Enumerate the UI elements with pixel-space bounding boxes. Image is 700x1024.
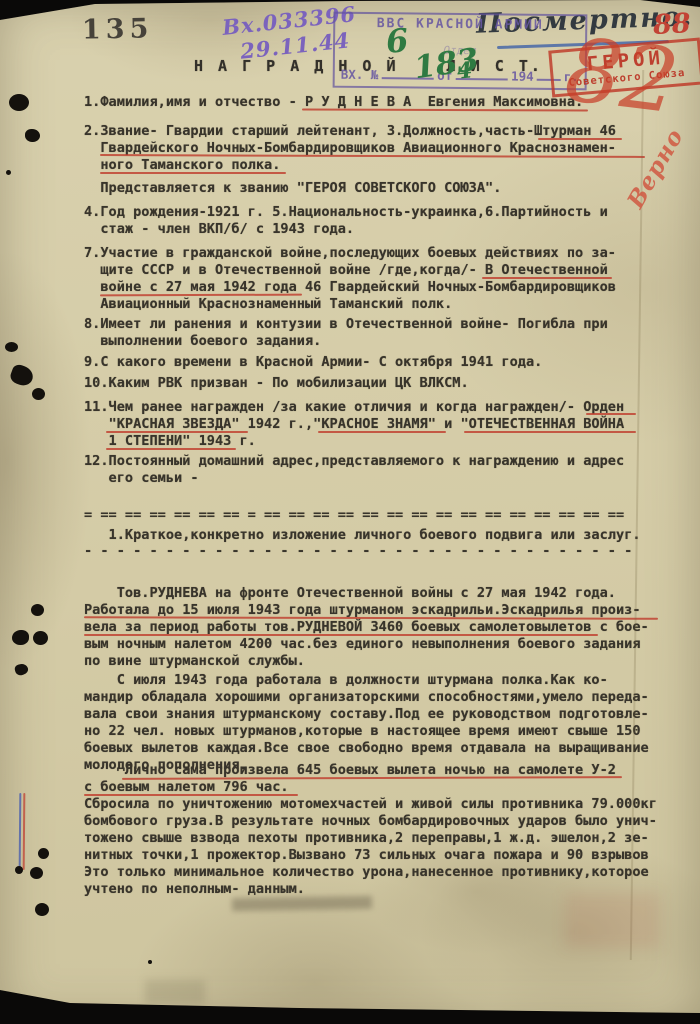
field-army-since: 9.С какого времени в Красной Армии- С ок…: [84, 354, 542, 371]
text-line: 2.Звание- Гвардии старший лейтенант, 3.Д…: [84, 123, 616, 140]
field-wounds: 8.Имеет ли ранения и контузии в Отечеств…: [84, 316, 608, 350]
verno-note: Верно: [622, 124, 689, 213]
pencil-smudge: [232, 896, 372, 911]
text-line: мандир обладала хорошими организаторским…: [84, 689, 649, 706]
text-line: нитных точки,1 прожектор.Вызвано 73 силь…: [84, 847, 657, 864]
stamp-reg-year: 194: [511, 69, 534, 84]
text-line: - - - - - - - - - - - - - - - - - - - - …: [84, 543, 632, 560]
red-underline: [586, 413, 636, 415]
ink-blot: [9, 94, 29, 111]
red-handwritten-mark: 82: [561, 27, 682, 124]
field-prior-awards: 11.Чем ранее награжден /за какие отличия…: [84, 399, 624, 450]
text-line: его семьи -: [84, 470, 624, 487]
paragraph-squadron-record: Тов.РУДНЕВА на фронте Отечественной войн…: [84, 585, 649, 670]
text-line: Тов.РУДНЕВА на фронте Отечественной войн…: [84, 585, 649, 602]
margin-line-red: [23, 793, 26, 870]
text-line: вала свои знания штурманскому составу.По…: [84, 706, 649, 723]
text-line: Сбросила по уничтожению мотомехчастей и …: [84, 796, 657, 813]
paragraph-regiment-navigator: С июля 1943 года работала в должности шт…: [84, 672, 649, 774]
equals-divider: = == == == == == == = == == == == == == …: [84, 507, 624, 524]
finger-smudge: [145, 980, 205, 1004]
ink-blot: [35, 903, 49, 916]
text-line: но 22 чел. новых штурманов,которые в нас…: [84, 723, 649, 740]
ink-blot: [38, 848, 49, 859]
red-underline: [318, 431, 446, 433]
field-home-address: 12.Постоянный домашний адрес,представляе…: [84, 453, 624, 487]
text-line: 10.Каким РВК призван - По мобилизации ЦК…: [84, 375, 469, 392]
red-underline: [482, 277, 612, 279]
handwritten-year-digit: 4: [456, 57, 474, 84]
red-underline: [464, 431, 636, 433]
document-page: 135 Вх.033396 29.11.44 ВВС КРАСНОЙ АРМИИ…: [0, 0, 700, 1024]
field-presentation: Представляется к званию "ГЕРОЯ СОВЕТСКОГ…: [84, 180, 501, 197]
ink-blot: [33, 631, 48, 645]
handwritten-number-six: 6: [384, 21, 409, 61]
text-line: Это только минимальное количество урона,…: [84, 864, 657, 881]
ink-blot: [8, 363, 35, 388]
scanned-award-document: { "meta": { "page_number": "135", "incom…: [0, 0, 700, 1024]
ink-blot: [148, 960, 152, 964]
text-line: по вине штурманской службы.: [84, 653, 649, 670]
red-underline: [106, 431, 248, 433]
text-line: Авиационный Краснознаменный Таманский по…: [84, 296, 616, 313]
ink-blot: [15, 866, 23, 874]
ink-blot: [30, 867, 43, 879]
text-line: Представляется к званию "ГЕРОЯ СОВЕТСКОГ…: [84, 180, 501, 197]
ink-blot: [5, 342, 18, 352]
text-line: бомбового груза.В результате ночных бомб…: [84, 813, 657, 830]
text-line: С июля 1943 года работала в должности шт…: [84, 672, 649, 689]
page-number-stamp: 135: [82, 13, 154, 45]
red-stain: [565, 893, 660, 948]
field-drafted-by: 10.Каким РВК призван - По мобилизации ЦК…: [84, 375, 469, 392]
ink-blot: [6, 170, 11, 175]
dashes-divider: - - - - - - - - - - - - - - - - - - - - …: [84, 543, 632, 560]
red-underline: [106, 448, 236, 450]
text-line: стаж - член ВКП/б/ с 1943 года.: [84, 221, 608, 238]
ink-blot: [12, 630, 29, 645]
margin-line-blue: [19, 793, 22, 867]
red-underline: [538, 138, 622, 140]
ink-blot: [14, 663, 29, 677]
text-line: = == == == == == == = == == == == == == …: [84, 507, 624, 524]
text-line: 9.С какого времени в Красной Армии- С ок…: [84, 354, 542, 371]
field-birth-party: 4.Год рождения-1921 г. 5.Национальность-…: [84, 204, 608, 238]
text-line: тожено свыше взвода пехоты противника,2 …: [84, 830, 657, 847]
text-line: 11.Чем ранее награжден /за какие отличия…: [84, 399, 624, 416]
ink-blot: [31, 604, 44, 616]
text-line: 12.Постоянный домашний адрес,представляе…: [84, 453, 624, 470]
ink-blot: [32, 388, 45, 400]
red-underline: [302, 109, 588, 112]
paragraph-damage-inflicted: Сбросила по уничтожению мотомехчастей и …: [84, 796, 657, 898]
stamp-reg-label: ВХ. №: [341, 67, 379, 82]
section-header: 1.Краткое,конкретно изложение личного бо…: [84, 527, 641, 544]
text-line: 1.Краткое,конкретно изложение личного бо…: [84, 527, 641, 544]
red-underline: [84, 794, 298, 796]
field-rank-position: 2.Звание- Гвардии старший лейтенант, 3.Д…: [84, 123, 616, 174]
text-line: боевых вылетов каждая.Все свое свободно …: [84, 740, 649, 757]
text-line: 7.Участие в гражданской войне,последующи…: [84, 245, 616, 262]
text-line: 8.Имеет ли ранения и контузии в Отечеств…: [84, 316, 608, 333]
stamp-header-text: ВВС КРАСНОЙ АРМИИ: [335, 16, 585, 34]
text-line: вым ночным налетом 4200 час.без единого …: [84, 636, 649, 653]
text-line: 4.Год рождения-1921 г. 5.Национальность-…: [84, 204, 608, 221]
ink-blot: [25, 129, 40, 142]
text-line: выполнении боевого задания.: [84, 333, 608, 350]
red-underline: [100, 172, 286, 174]
red-underline: [84, 634, 598, 636]
